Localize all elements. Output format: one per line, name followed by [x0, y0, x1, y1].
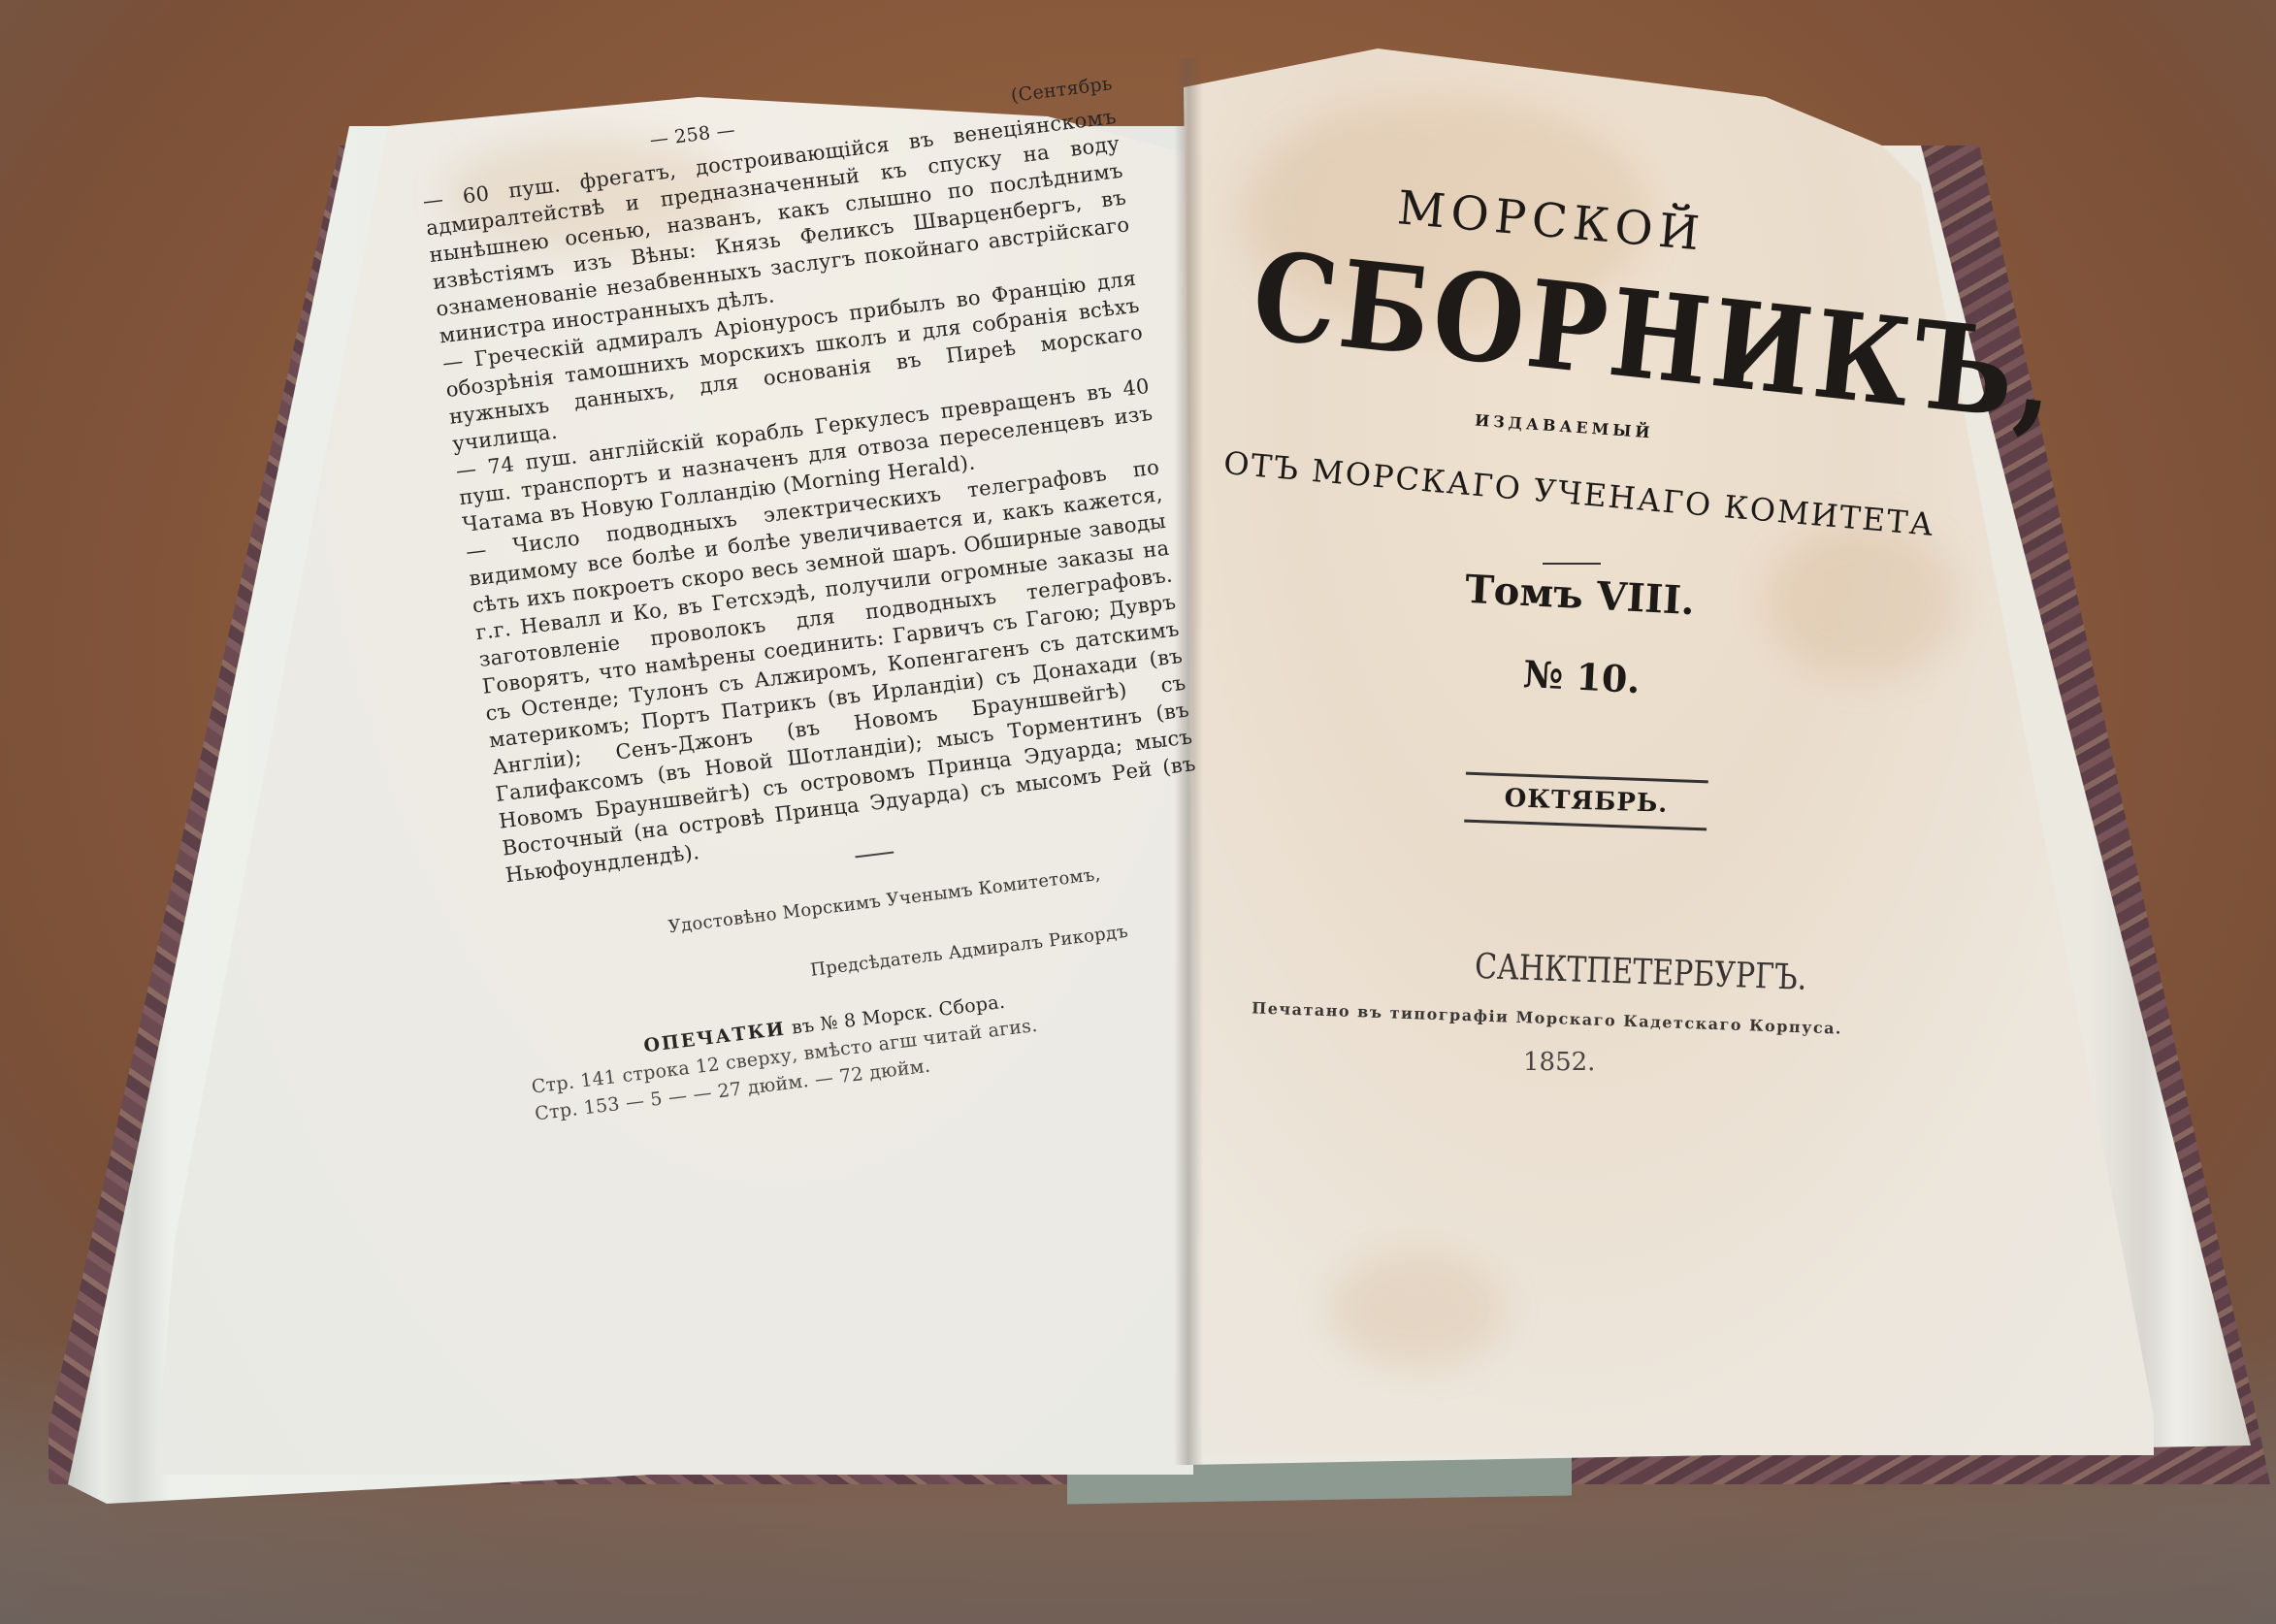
publication-year: 1852.: [1523, 1048, 1595, 1077]
running-head: (Сентябрь: [1009, 70, 1114, 110]
issue-number: № 10.: [1522, 652, 1642, 701]
page-stain: [1766, 524, 1960, 679]
month-box: ОКТЯБРЬ.: [1464, 772, 1708, 831]
divider: [855, 851, 894, 858]
page-stain: [1329, 1251, 1504, 1368]
divider: [1543, 563, 1601, 565]
left-page-text: — 258 — (Сентябрь — 60 пуш. фрегатъ, дос…: [417, 70, 1230, 1127]
